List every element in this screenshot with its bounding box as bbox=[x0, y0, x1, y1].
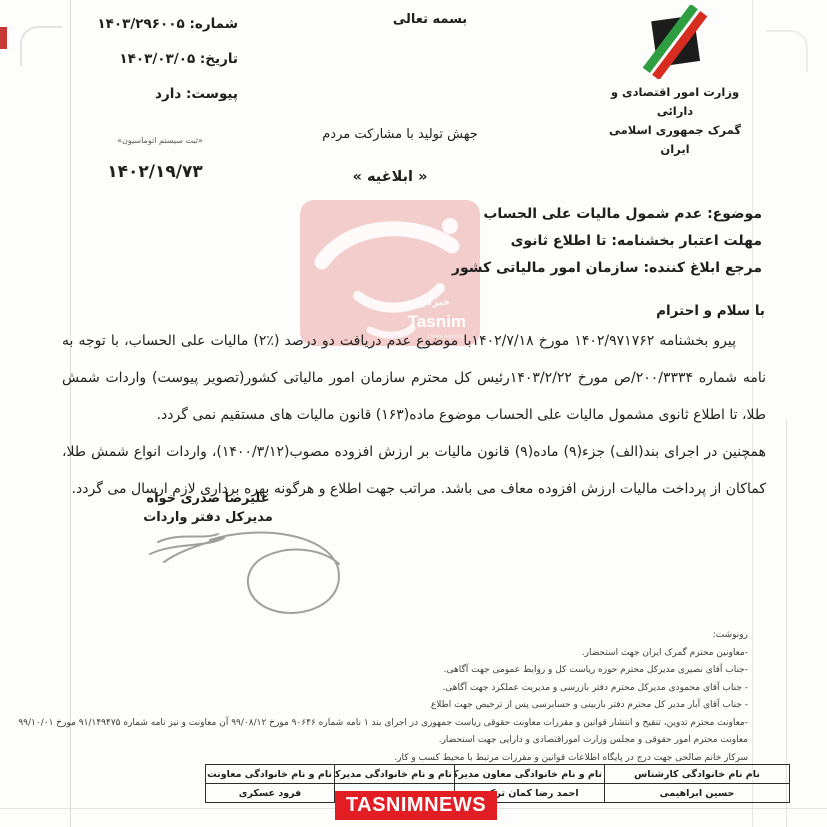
scan-corner-mark-top-left bbox=[20, 26, 62, 66]
cc-item: -معاونت محترم تدوین، تنقیح و انتشار قوان… bbox=[58, 715, 748, 733]
signatory-name: علیرضا صدری خواه bbox=[118, 489, 298, 508]
validity-line: مهلت اعتبار بخشنامه: تا اطلاع ثانوی bbox=[360, 233, 762, 249]
year-slogan: جهش تولید با مشارکت مردم bbox=[310, 127, 490, 142]
cc-item: -جناب آقای نصیری مدیرکل محترم حوزه ریاست… bbox=[58, 662, 748, 680]
header-customs-deputy: نام و نام خانوادگی معاونت امور گمرکی bbox=[206, 765, 335, 784]
subject-line: موضوع: عدم شمول مالیات علی الحساب bbox=[360, 206, 762, 222]
header-expert: نام نام خانوادگی کارشناس bbox=[605, 765, 790, 784]
tasnimnews-banner: TASNIMNEWS bbox=[335, 791, 497, 820]
table-value-row: حسین ابراهیمی احمد رضا کمان ترکی فرود عس… bbox=[206, 784, 790, 803]
scan-corner-mark-top-right bbox=[766, 30, 808, 72]
salutation: با سلام و احترام bbox=[540, 303, 765, 319]
letterhead-org-block: وزارت امور اقتصادی و دارائی گمرک جمهوری … bbox=[595, 5, 755, 159]
subject-block: موضوع: عدم شمول مالیات علی الحساب مهلت ا… bbox=[360, 206, 762, 287]
scanned-letter-page: خبرگزاری Tasnim News Agency شماره: ۱۴۰۳/… bbox=[0, 0, 827, 827]
automation-note: «ثبت سیستم اتوماسیون» bbox=[100, 136, 220, 145]
header-director-general: نام و نام خانوادگی مدیرکل bbox=[335, 765, 455, 784]
handwritten-registration-number: ۱۴۰۲/۱۹/۷۳ bbox=[85, 162, 225, 182]
handwritten-signature bbox=[140, 516, 370, 620]
customs-logo-icon bbox=[638, 5, 712, 79]
letter-meta-block: شماره: ۱۴۰۳/۲۹۶۰۰۵ تاریخ: ۱۴۰۳/۰۳/۰۵ پیو… bbox=[88, 16, 238, 121]
body-paragraph-1: پیرو بخشنامه ۱۴۰۲/۹۷۱۷۶۲ مورخ ۱۴۰۲/۷/۱۸ب… bbox=[62, 323, 766, 434]
cc-item: معاونت محترم امور حقوقی و مجلس وزارت امو… bbox=[58, 732, 748, 750]
signature-scribble-icon bbox=[140, 516, 370, 616]
scan-red-edge-mark bbox=[0, 27, 7, 49]
letter-date: تاریخ: ۱۴۰۳/۰۳/۰۵ bbox=[88, 51, 238, 67]
issuing-authority-line: مرجع ابلاغ کننده: سازمان امور مالیاتی کش… bbox=[360, 260, 762, 276]
document-type-heading: « ابلاغیه » bbox=[320, 169, 460, 185]
ministry-name: وزارت امور اقتصادی و دارائی bbox=[595, 83, 755, 121]
letter-number: شماره: ۱۴۰۳/۲۹۶۰۰۵ bbox=[88, 16, 238, 32]
cc-item: - جناب آقای محمودی مدیرکل محترم دفتر باز… bbox=[58, 680, 748, 698]
value-customs-deputy: فرود عسکری bbox=[206, 784, 335, 803]
cc-block: رونوشت: -معاونین محترم گمرک ایران جهت اس… bbox=[58, 627, 748, 767]
cc-item: -معاونین محترم گمرک ایران جهت استحضار. bbox=[58, 645, 748, 663]
cc-label: رونوشت: bbox=[58, 627, 748, 645]
letter-attachment: پیوست: دارد bbox=[88, 86, 238, 102]
approval-table: نام نام خانوادگی کارشناس نام و نام خانوا… bbox=[205, 764, 790, 803]
header-deputy-director: نام و نام خانوادگی معاون مدیرکل bbox=[455, 765, 605, 784]
table-header-row: نام نام خانوادگی کارشناس نام و نام خانوا… bbox=[206, 765, 790, 784]
bismillah-heading: بسمه تعالی bbox=[355, 12, 505, 27]
cc-item: - جناب آقای آبار مدیر کل محترم دفتر بازب… bbox=[58, 697, 748, 715]
customs-name: گمرک جمهوری اسلامی ایران bbox=[595, 121, 755, 159]
letter-body: پیرو بخشنامه ۱۴۰۲/۹۷۱۷۶۲ مورخ ۱۴۰۲/۷/۱۸ب… bbox=[62, 323, 766, 508]
value-expert: حسین ابراهیمی bbox=[605, 784, 790, 803]
watermark-agency-name-fa: خبرگزاری bbox=[402, 297, 450, 308]
